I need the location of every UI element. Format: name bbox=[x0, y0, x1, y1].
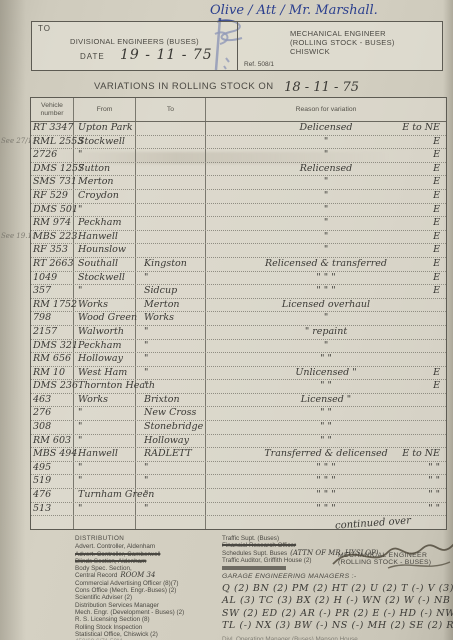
from-cell bbox=[74, 516, 136, 529]
reason-cell: " " "" " bbox=[206, 475, 446, 488]
status-letters: E bbox=[433, 190, 440, 202]
vehicle-number-cell: RML 2553 bbox=[31, 136, 74, 149]
from-cell: " bbox=[74, 475, 136, 488]
from-cell: Croydon bbox=[74, 190, 136, 203]
from-cell: " bbox=[74, 149, 136, 162]
to-cell bbox=[136, 231, 206, 244]
from-cell: Works bbox=[74, 394, 136, 407]
status-letters: " " bbox=[428, 503, 440, 515]
table-row: 2157Walworth"" repaint bbox=[31, 326, 446, 340]
form-title-row: VARIATIONS IN ROLLING STOCK ON 18 - 11 -… bbox=[0, 76, 453, 95]
reason-cell: " " bbox=[206, 421, 446, 434]
table-row: RT 3347Upton ParkDelicensedE to NE bbox=[31, 122, 446, 136]
distribution-footer: continued over DISTRIBUTION Advert. Cont… bbox=[0, 530, 453, 640]
distribution-entry: Distribution Services Manager bbox=[75, 602, 220, 609]
distribution-entry: Rolling Stock Inspection bbox=[75, 624, 220, 631]
reason-cell: "E bbox=[206, 190, 446, 203]
vehicle-number-cell: MBS 223 bbox=[31, 231, 74, 244]
pencil-margin-note: See 19.11 bbox=[1, 232, 36, 240]
table-row: RM 974Peckham"E bbox=[31, 217, 446, 231]
to-cell bbox=[136, 149, 206, 162]
table-row: MBS 494HanwellRADLETTTransferred & delic… bbox=[31, 448, 446, 462]
distribution-entry: Blinds Section, Aldenham bbox=[75, 558, 220, 565]
reason-cell: Licensed " bbox=[206, 394, 446, 407]
reason-cell: " "E bbox=[206, 380, 446, 393]
to-cell bbox=[136, 204, 206, 217]
from-cell: Upton Park bbox=[74, 122, 136, 135]
vehicle-number-cell: 463 bbox=[31, 394, 74, 407]
to-cell bbox=[136, 176, 206, 189]
sender-line: MECHANICAL ENGINEER bbox=[290, 29, 395, 38]
distribution-entry: R. S. Licensing Section (8) bbox=[75, 616, 220, 623]
scanned-form-sheet: Olive / Att / Mr. Marshall. TO DIVISIONA… bbox=[0, 0, 453, 640]
from-cell: Hounslow bbox=[74, 244, 136, 257]
table-row: MBS 223Hanwell"E bbox=[31, 231, 446, 245]
from-cell: " bbox=[74, 435, 136, 448]
vehicle-number-cell: 513 bbox=[31, 503, 74, 516]
from-cell: " bbox=[74, 462, 136, 475]
status-letters: E bbox=[433, 163, 440, 175]
from-cell: " bbox=[74, 407, 136, 420]
from-cell: Peckham bbox=[74, 217, 136, 230]
vehicle-number-cell: 495 bbox=[31, 462, 74, 475]
col-header-to: To bbox=[136, 98, 206, 121]
reason-cell: " " "" " bbox=[206, 462, 446, 475]
status-letters: E bbox=[433, 258, 440, 270]
from-cell: " bbox=[74, 421, 136, 434]
reason-cell: "E bbox=[206, 136, 446, 149]
to-cell: Kingston bbox=[136, 258, 206, 271]
distribution-entry: Central RecordROOM 34 bbox=[75, 572, 220, 579]
vehicle-number-cell: MBS 494 bbox=[31, 448, 74, 461]
vehicle-number-cell: RF 529 bbox=[31, 190, 74, 203]
to-cell: " bbox=[136, 353, 206, 366]
from-cell: Works bbox=[74, 299, 136, 312]
to-cell: RADLETT bbox=[136, 448, 206, 461]
vehicle-number-cell: RT 3347 bbox=[31, 122, 74, 135]
handwritten-addition: ROOM 34 bbox=[120, 571, 155, 579]
status-letters: E bbox=[433, 204, 440, 216]
from-cell: Sutton bbox=[74, 163, 136, 176]
vehicle-number-cell: RT 2663 bbox=[31, 258, 74, 271]
to-cell bbox=[136, 122, 206, 135]
table-row: RML 2553Stockwell"E bbox=[31, 136, 446, 150]
vehicle-number-cell: 476 bbox=[31, 489, 74, 502]
from-cell: Peckham bbox=[74, 340, 136, 353]
vehicle-number-cell bbox=[31, 516, 74, 529]
vehicle-number-cell: 357 bbox=[31, 285, 74, 298]
variations-table: Vehicle number From To Reason for variat… bbox=[30, 97, 447, 530]
table-row: 513""" " "" " bbox=[31, 503, 446, 517]
to-cell: " bbox=[136, 340, 206, 353]
date-label: DATE bbox=[80, 52, 105, 61]
to-cell: " bbox=[136, 272, 206, 285]
distribution-entry: Scientific Adviser (2) bbox=[75, 594, 220, 601]
reason-cell: " " bbox=[206, 435, 446, 448]
status-letters: E bbox=[433, 217, 440, 229]
table-row: 357"Sidcup" " "E bbox=[31, 285, 446, 299]
to-cell: Stonebridge bbox=[136, 421, 206, 434]
status-letters: E bbox=[433, 367, 440, 379]
col-header-reason: Reason for variation bbox=[206, 98, 446, 121]
reason-cell: "E bbox=[206, 217, 446, 230]
to-label: TO bbox=[38, 24, 51, 33]
table-row: 798Wood GreenWorks" bbox=[31, 312, 446, 326]
addressee-line: DIVISIONAL ENGINEERS (BUSES) bbox=[32, 37, 237, 46]
table-row: DMS 1257SuttonRelicensedE bbox=[31, 163, 446, 177]
from-cell: Hanwell bbox=[74, 448, 136, 461]
table-row: RM 1752WorksMertonLicensed overhaul bbox=[31, 299, 446, 313]
header-box: TO DIVISIONAL ENGINEERS (BUSES) DATE 19 … bbox=[31, 21, 443, 71]
reason-cell: " bbox=[206, 340, 446, 353]
status-letters: " " bbox=[428, 489, 440, 501]
reason-cell: Licensed overhaul bbox=[206, 299, 446, 312]
from-cell: Stockwell bbox=[74, 136, 136, 149]
sender-block: MECHANICAL ENGINEER(ROLLING STOCK - BUSE… bbox=[290, 29, 395, 56]
ref-number: Ref. 508/1 bbox=[244, 61, 274, 68]
status-letters: E bbox=[433, 244, 440, 256]
distribution-entry: Cons Office (Mech. Engr.-Buses) (2) bbox=[75, 587, 220, 594]
reason-cell: " " "E bbox=[206, 272, 446, 285]
vehicle-number-cell: DMS 236 bbox=[31, 380, 74, 393]
vehicle-number-cell: 276 bbox=[31, 407, 74, 420]
to-cell: " bbox=[136, 367, 206, 380]
reason-cell: " " "" " bbox=[206, 489, 446, 502]
to-cell bbox=[136, 136, 206, 149]
from-cell: Thornton Heath bbox=[74, 380, 136, 393]
from-cell: Turnham Green bbox=[74, 489, 136, 502]
status-letters: E bbox=[433, 176, 440, 188]
status-letters: " " bbox=[428, 462, 440, 474]
signature-block: MECHANICAL ENGINEER (ROLLING STOCK - BUS… bbox=[338, 552, 453, 566]
reason-cell: " repaint bbox=[206, 326, 446, 339]
vehicle-number-cell: 798 bbox=[31, 312, 74, 325]
header-addressee-cell: TO DIVISIONAL ENGINEERS (BUSES) DATE 19 … bbox=[32, 22, 238, 70]
to-cell bbox=[136, 516, 206, 529]
vehicle-number-cell: 308 bbox=[31, 421, 74, 434]
table-row: SMS 731Merton"E bbox=[31, 176, 446, 190]
distribution-entry: Advert. Controller, Aldenham bbox=[75, 543, 220, 550]
table-row: RM 656Holloway"" " bbox=[31, 353, 446, 367]
table-row: 1049Stockwell"" " "E bbox=[31, 272, 446, 286]
table-header-row: Vehicle number From To Reason for variat… bbox=[31, 98, 446, 122]
col-header-vehicle-number: Vehicle number bbox=[31, 98, 74, 121]
table-body: RT 3347Upton ParkDelicensedE to NERML 25… bbox=[31, 122, 446, 529]
table-row: 308"Stonebridge" " bbox=[31, 421, 446, 435]
garage-code-line: TL (-) NX (3) BW (-) NS (-) MH (2) SE (2… bbox=[222, 620, 452, 633]
status-letters: E bbox=[433, 272, 440, 284]
to-cell: " bbox=[136, 380, 206, 393]
distribution-entry: Statistical Office, Chiswick (2) bbox=[75, 631, 220, 638]
vehicle-number-cell: 519 bbox=[31, 475, 74, 488]
garage-code-line: Q (2) BN (2) PM (2) HT (2) U (2) T (-) V… bbox=[222, 583, 452, 596]
table-row: 519""" " "" " bbox=[31, 475, 446, 489]
from-cell: Holloway bbox=[74, 353, 136, 366]
from-cell: " bbox=[74, 285, 136, 298]
garage-code-line: SW (2) ED (2) AR (-) PR (2) E (-) HD (-)… bbox=[222, 608, 452, 621]
vehicle-number-cell: RM 603 bbox=[31, 435, 74, 448]
from-cell: West Ham bbox=[74, 367, 136, 380]
to-cell: " bbox=[136, 503, 206, 516]
table-row: RF 529Croydon"E bbox=[31, 190, 446, 204]
to-cell: New Cross bbox=[136, 407, 206, 420]
reason-cell: DelicensedE to NE bbox=[206, 122, 446, 135]
table-row: 495""" " "" " bbox=[31, 462, 446, 476]
reason-cell: Transferred & delicensedE to NE bbox=[206, 448, 446, 461]
garage-code-line: AL (3) TC (3) BX (2) H (-) WN (2) W (-) … bbox=[222, 595, 452, 608]
to-cell bbox=[136, 244, 206, 257]
to-cell: Sidcup bbox=[136, 285, 206, 298]
from-cell: Merton bbox=[74, 176, 136, 189]
reason-cell: "E bbox=[206, 176, 446, 189]
to-cell: Merton bbox=[136, 299, 206, 312]
status-letters: " " bbox=[428, 475, 440, 487]
table-row: 276"New Cross" " bbox=[31, 407, 446, 421]
table-row: 463WorksBrixtonLicensed " bbox=[31, 394, 446, 408]
reason-cell: "E bbox=[206, 149, 446, 162]
status-letters: E bbox=[433, 136, 440, 148]
reason-cell: " bbox=[206, 312, 446, 325]
table-row: 2726""E bbox=[31, 149, 446, 163]
table-row: 476Turnham Green"" " "" " bbox=[31, 489, 446, 503]
status-letters: E bbox=[433, 380, 440, 392]
reason-cell: RelicensedE bbox=[206, 163, 446, 176]
reason-cell: "E bbox=[206, 231, 446, 244]
sender-line: CHISWICK bbox=[290, 47, 395, 56]
to-cell bbox=[136, 163, 206, 176]
from-cell: " bbox=[74, 204, 136, 217]
distribution-left-column: DISTRIBUTION Advert. Controller, Aldenha… bbox=[75, 535, 220, 640]
vehicle-number-cell: DMS 321 bbox=[31, 340, 74, 353]
vehicle-number-cell: 1049 bbox=[31, 272, 74, 285]
to-cell bbox=[136, 190, 206, 203]
distribution-left-items: Advert. Controller, AldenhamAdvert. Cont… bbox=[75, 543, 220, 640]
form-title-date-handwritten: 18 - 11 - 75 bbox=[284, 80, 359, 95]
table-row: DMS 321Peckham"" bbox=[31, 340, 446, 354]
reason-cell: "E bbox=[206, 204, 446, 217]
reason-cell: "E bbox=[206, 244, 446, 257]
to-cell: Works bbox=[136, 312, 206, 325]
status-letters: E bbox=[433, 285, 440, 297]
to-cell: Holloway bbox=[136, 435, 206, 448]
signature-scribble bbox=[328, 534, 453, 576]
status-letters: E to NE bbox=[402, 122, 440, 134]
to-cell: " bbox=[136, 475, 206, 488]
table-row: RF 353Hounslow"E bbox=[31, 244, 446, 258]
from-cell: Walworth bbox=[74, 326, 136, 339]
from-cell: Wood Green bbox=[74, 312, 136, 325]
distribution-entry: Mech. Engr. (Development - Buses) (2) bbox=[75, 609, 220, 616]
operating-manager-line: Divl. Operating Manager (Buses) Manson H… bbox=[222, 636, 452, 640]
vehicle-number-cell: 2726 bbox=[31, 149, 74, 162]
to-cell: " bbox=[136, 489, 206, 502]
to-cell bbox=[136, 217, 206, 230]
vehicle-number-cell: DMS 1257 bbox=[31, 163, 74, 176]
reason-cell: " " bbox=[206, 407, 446, 420]
vehicle-number-cell: RM 974 bbox=[31, 217, 74, 230]
vehicle-number-cell: RM 10 bbox=[31, 367, 74, 380]
distribution-entry: Commercial Advertising Officer (8)(7) bbox=[75, 580, 220, 587]
reason-cell: " " "E bbox=[206, 285, 446, 298]
header-sender-cell: MECHANICAL ENGINEER(ROLLING STOCK - BUSE… bbox=[238, 22, 442, 70]
table-row: RT 2663SouthallKingstonRelicensed & tran… bbox=[31, 258, 446, 272]
reason-cell: " " "" " bbox=[206, 503, 446, 516]
status-letters: E bbox=[433, 149, 440, 161]
from-cell: Southall bbox=[74, 258, 136, 271]
to-cell: " bbox=[136, 326, 206, 339]
table-row: DMS 501""E bbox=[31, 204, 446, 218]
reason-cell: Unlicensed "E bbox=[206, 367, 446, 380]
table-row: RM 10West Ham"Unlicensed "E bbox=[31, 367, 446, 381]
distribution-entry: Advert. Controller, Camberwell bbox=[75, 551, 220, 558]
form-title: VARIATIONS IN ROLLING STOCK ON bbox=[94, 81, 274, 92]
from-cell: Hanwell bbox=[74, 231, 136, 244]
garage-code-lines: Q (2) BN (2) PM (2) HT (2) U (2) T (-) V… bbox=[222, 583, 452, 633]
vehicle-number-cell: 2157 bbox=[31, 326, 74, 339]
status-letters: E bbox=[433, 231, 440, 243]
status-letters: E to NE bbox=[402, 448, 440, 460]
from-cell: Stockwell bbox=[74, 272, 136, 285]
struck-out-illegible-line bbox=[222, 566, 286, 570]
vehicle-number-cell: DMS 501 bbox=[31, 204, 74, 217]
reason-cell: " " bbox=[206, 353, 446, 366]
reason-cell: Relicensed & transferredE bbox=[206, 258, 446, 271]
table-row: DMS 236Thornton Heath"" "E bbox=[31, 380, 446, 394]
distribution-title: DISTRIBUTION bbox=[75, 535, 220, 542]
pencil-margin-note: See 27/11 bbox=[1, 137, 36, 145]
table-row: RM 603"Holloway" " bbox=[31, 435, 446, 449]
date-value-handwritten: 19 - 11 - 75 bbox=[120, 47, 213, 63]
vehicle-number-cell: SMS 731 bbox=[31, 176, 74, 189]
sender-line: (ROLLING STOCK - BUSES) bbox=[290, 38, 395, 47]
to-cell: " bbox=[136, 462, 206, 475]
vehicle-number-cell: RF 353 bbox=[31, 244, 74, 257]
vehicle-number-cell: RM 656 bbox=[31, 353, 74, 366]
col-header-from: From bbox=[74, 98, 136, 121]
from-cell: " bbox=[74, 503, 136, 516]
vehicle-number-cell: RM 1752 bbox=[31, 299, 74, 312]
to-cell: Brixton bbox=[136, 394, 206, 407]
